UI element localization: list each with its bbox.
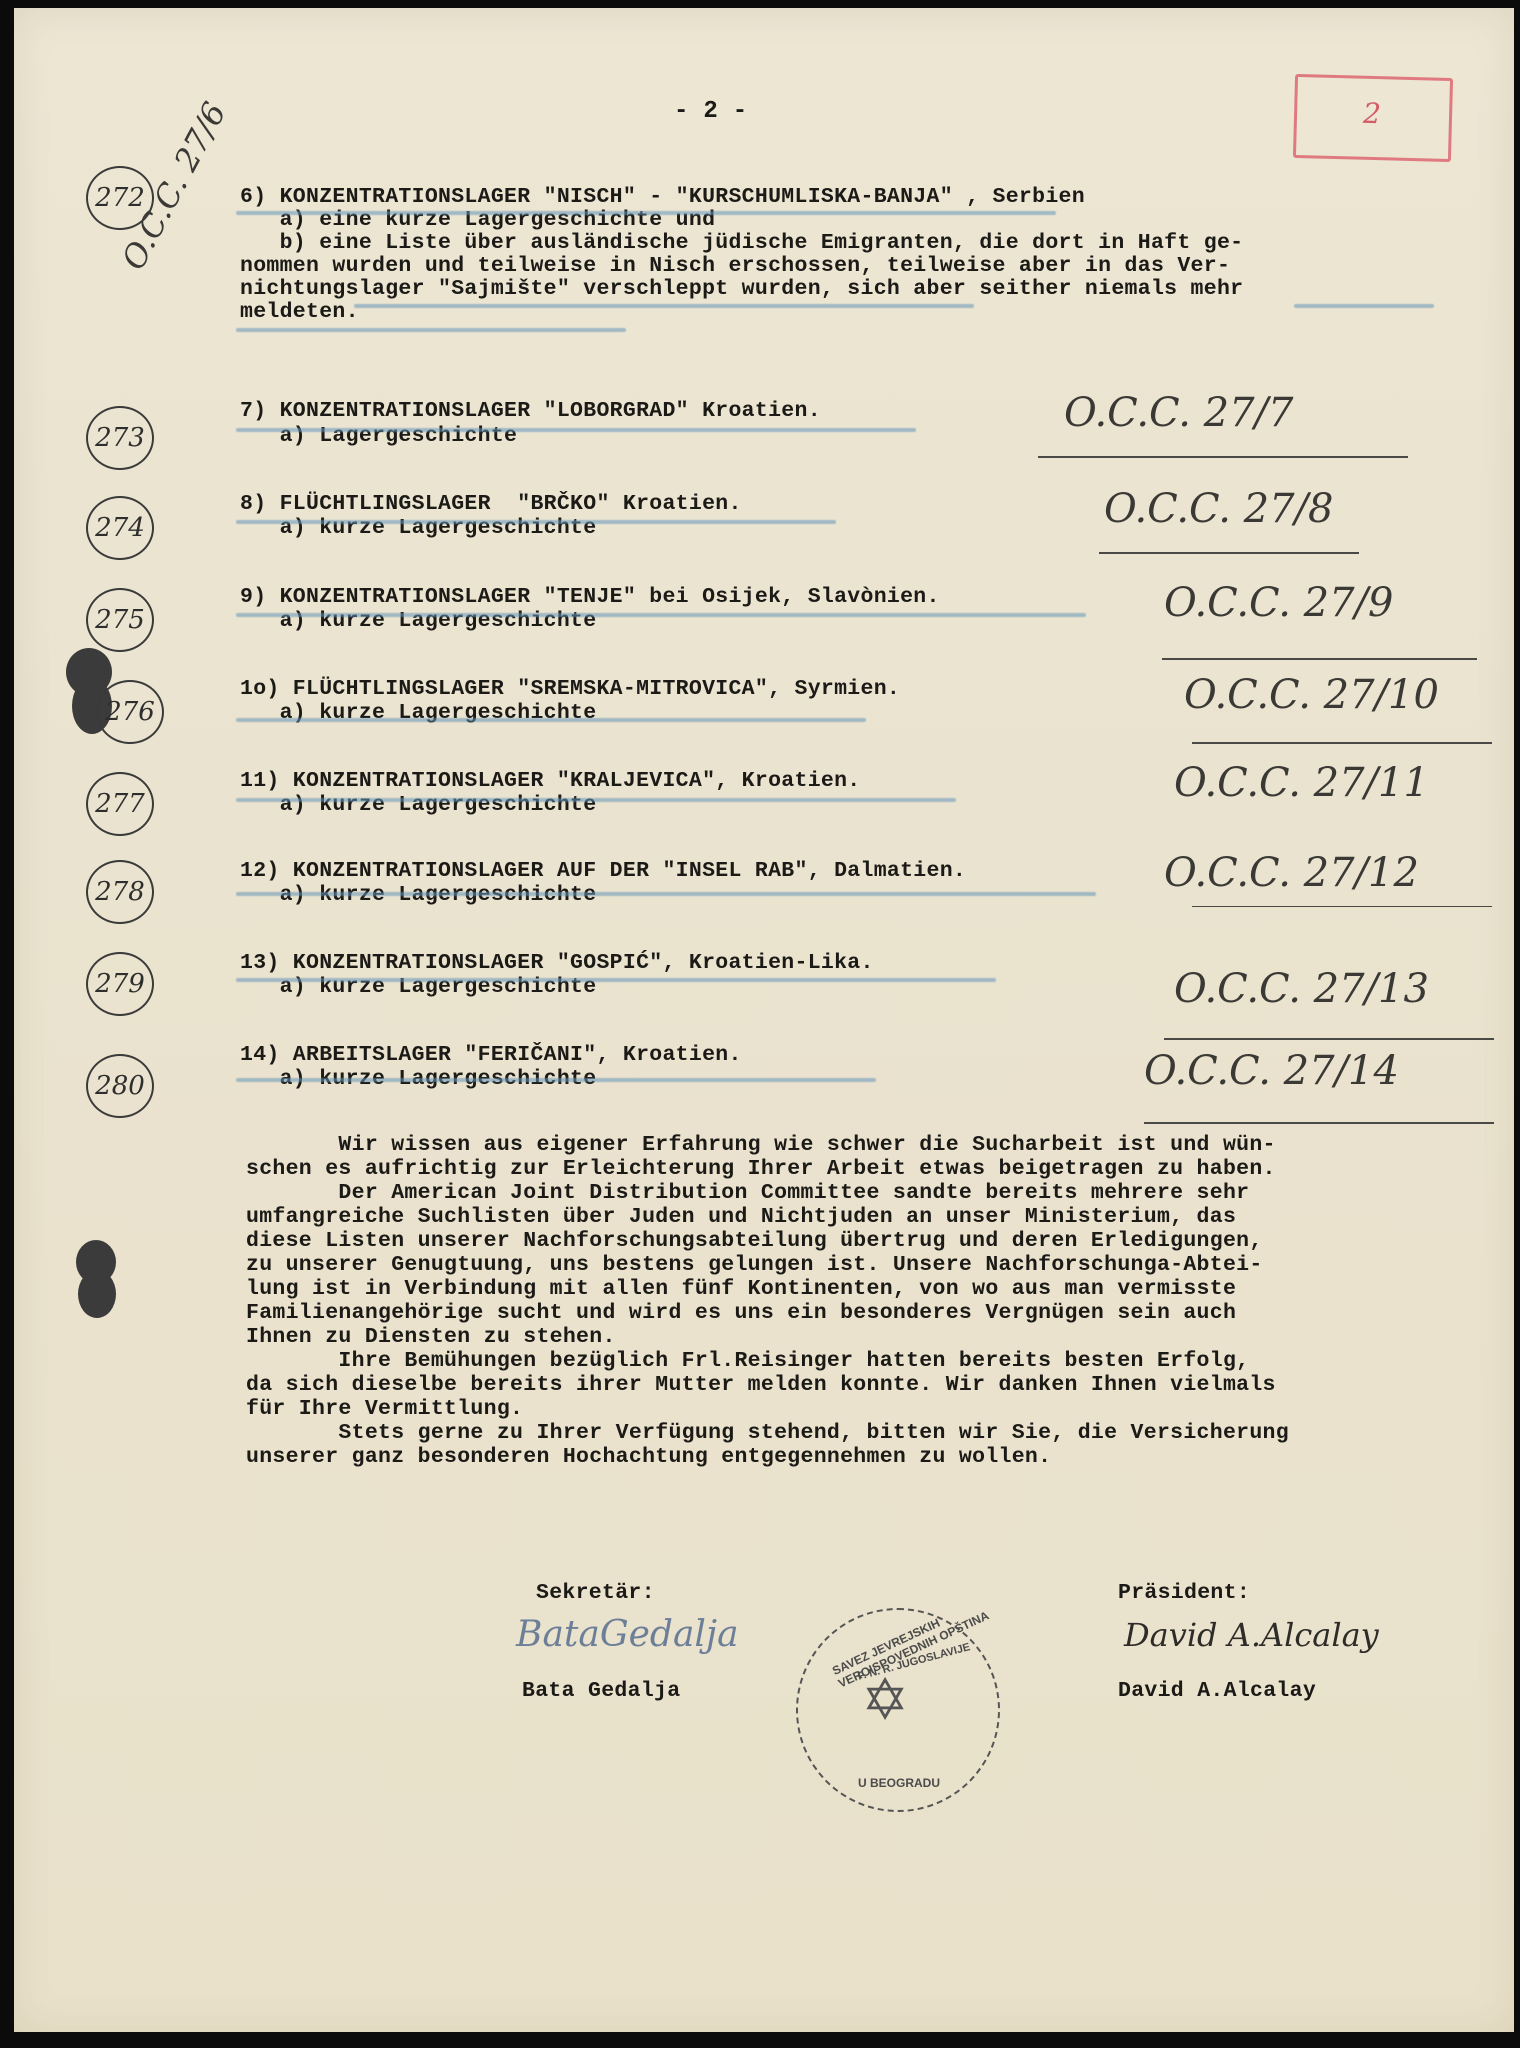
item-line: meldeten.: [240, 301, 359, 324]
body-line: unserer ganz besonderen Hochachtung entg…: [246, 1446, 1051, 1469]
body-line: Ihnen zu Diensten zu stehen.: [246, 1326, 616, 1349]
president-signature: David A.Alcalay: [1124, 1616, 1379, 1654]
document-page: - 2 - 2 272 O.C.C. 27/6 6) KONZENTRATION…: [14, 8, 1514, 2032]
secretary-signature: BataGedalja: [516, 1614, 739, 1655]
item-heading: 6) KONZENTRATIONSLAGER "NISCH" - "KURSCH…: [240, 186, 1085, 209]
body-line: Familienangehörige sucht und wird es uns…: [246, 1302, 1236, 1325]
red-archive-stamp: 2: [1293, 74, 1453, 162]
pencil-note: O.C.C. 27/8: [1104, 486, 1334, 532]
pencil-note: O.C.C. 27/14: [1144, 1048, 1399, 1094]
item-heading: 1o) FLÜCHTLINGSLAGER "SREMSKA-MITROVICA"…: [240, 678, 900, 701]
pencil-rule: [1038, 456, 1408, 458]
ref-circle: 277: [86, 772, 154, 836]
president-label: Präsident:: [1118, 1582, 1250, 1605]
blue-underline: [236, 428, 916, 432]
item-heading: 9) KONZENTRATIONSLAGER "TENJE" bei Osije…: [240, 586, 940, 609]
item-line: b) eine Liste über ausländische jüdische…: [240, 232, 1243, 255]
pencil-rule: [1192, 742, 1492, 744]
body-line: da sich dieselbe bereits ihrer Mutter me…: [246, 1374, 1276, 1397]
pencil-note: O.C.C. 27/13: [1174, 966, 1429, 1012]
blue-underline: [236, 613, 1086, 617]
body-line: Ihre Bemühungen bezüglich Frl.Reisinger …: [246, 1350, 1249, 1373]
secretary-label: Sekretär:: [536, 1582, 655, 1605]
item-heading: 7) KONZENTRATIONSLAGER "LOBORGRAD" Kroat…: [240, 400, 821, 423]
ref-circle: 279: [86, 952, 154, 1016]
body-line: Wir wissen aus eigener Erfahrung wie sch…: [246, 1134, 1276, 1157]
ref-circle: 275: [86, 588, 154, 652]
body-line: Der American Joint Distribution Committe…: [246, 1182, 1249, 1205]
stamp-bottom-text: U BEOGRADU: [858, 1776, 940, 1790]
blue-underline: [236, 520, 836, 524]
ref-circle: 273: [86, 406, 154, 470]
item-heading: 11) KONZENTRATIONSLAGER "KRALJEVICA", Kr…: [240, 770, 861, 793]
body-line: umfangreiche Suchlisten über Juden und N…: [246, 1206, 1236, 1229]
body-line: für Ihre Vermittlung.: [246, 1398, 523, 1421]
star-of-david-icon: ✡: [864, 1668, 906, 1738]
pencil-note: O.C.C. 27/11: [1174, 760, 1429, 806]
body-line: lung ist in Verbindung mit allen fünf Ko…: [246, 1278, 1236, 1301]
ink-blot: [78, 1270, 116, 1318]
page-number: - 2 -: [674, 100, 748, 123]
body-line: zu unserer Genugtuung, uns bestens gelun…: [246, 1254, 1263, 1277]
official-round-stamp: SAVEZ JEVREJSKIH VEROISPOVEDNIH OPŠTINA …: [796, 1608, 1000, 1812]
item-heading: 13) KONZENTRATIONSLAGER "GOSPIĆ", Kroati…: [240, 952, 874, 975]
blue-underline: [236, 718, 866, 722]
blue-underline: [236, 211, 1056, 215]
blue-underline: [236, 892, 1096, 896]
pencil-rule: [1164, 1038, 1494, 1040]
pencil-note: O.C.C. 27/7: [1064, 390, 1294, 436]
pencil-note: O.C.C. 27/12: [1164, 850, 1419, 896]
blue-underline: [236, 798, 956, 802]
ref-circle: 280: [86, 1054, 154, 1118]
blue-underline: [1294, 304, 1434, 308]
stamp-outer-text: SAVEZ JEVREJSKIH VEROISPOVEDNIH OPŠTINA: [830, 1593, 996, 1690]
ref-circle: 274: [86, 496, 154, 560]
pencil-note: O.C.C. 27/10: [1184, 672, 1439, 718]
president-name: David A.Alcalay: [1118, 1680, 1316, 1703]
item-line: nichtungslager "Sajmište" verschleppt wu…: [240, 278, 1243, 301]
body-line: schen es aufrichtig zur Erleichterung Ih…: [246, 1158, 1276, 1181]
body-line: Stets gerne zu Ihrer Verfügung stehend, …: [246, 1422, 1289, 1445]
item-heading: 8) FLÜCHTLINGSLAGER "BRČKO" Kroatien.: [240, 493, 742, 516]
blue-underline: [354, 304, 974, 308]
blue-underline: [236, 328, 626, 332]
item-heading: 12) KONZENTRATIONSLAGER AUF DER "INSEL R…: [240, 860, 966, 883]
pencil-rule: [1099, 552, 1359, 554]
pencil-rule: [1192, 906, 1492, 907]
item-line: nommen wurden und teilweise in Nisch ers…: [240, 255, 1230, 278]
pencil-rule: [1144, 1122, 1494, 1124]
body-line: diese Listen unserer Nachforschungsabtei…: [246, 1230, 1263, 1253]
pencil-rule: [1162, 658, 1477, 660]
ref-circle: 278: [86, 860, 154, 924]
ref-circle: 276: [96, 680, 164, 744]
blue-underline: [236, 1078, 876, 1082]
blue-underline: [236, 978, 996, 982]
pencil-note: O.C.C. 27/9: [1164, 580, 1394, 626]
item-heading: 14) ARBEITSLAGER "FERIČANI", Kroatien.: [240, 1044, 742, 1067]
red-stamp-number: 2: [1363, 97, 1382, 130]
secretary-name: Bata Gedalja: [522, 1680, 680, 1703]
